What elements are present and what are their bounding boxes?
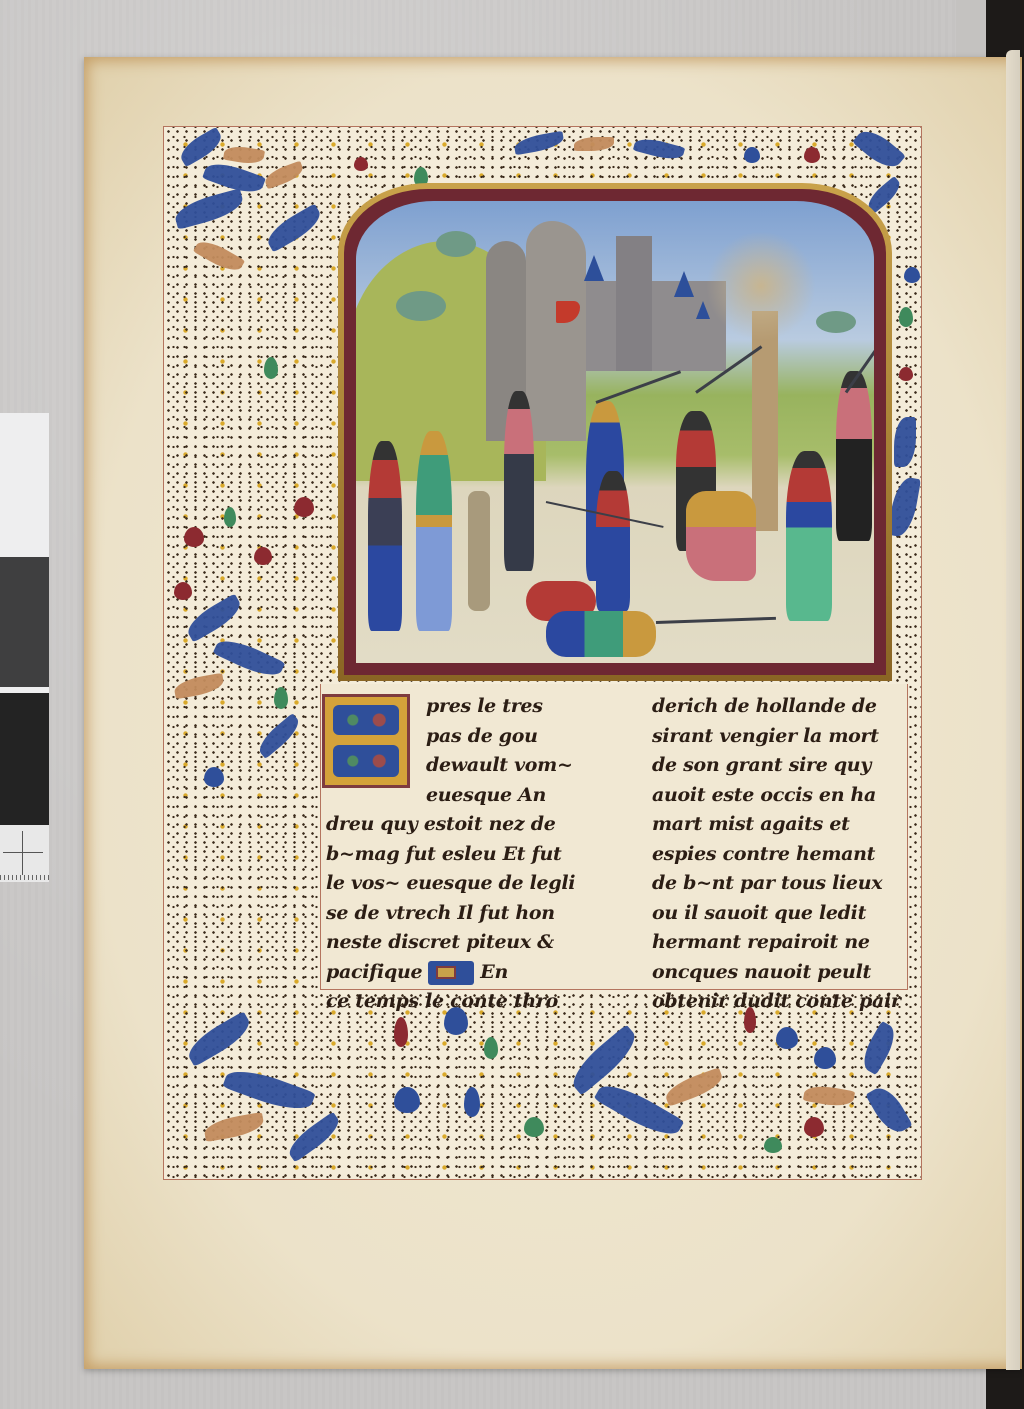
cornflower-icon <box>394 1087 420 1113</box>
text-column-right: derich de hollande de sirant vengier la … <box>652 692 907 1017</box>
text-line: se de vtrech Il fut hon <box>326 899 576 929</box>
miniature-painting <box>356 201 874 663</box>
shield-with-face <box>468 491 490 611</box>
acanthus-leaf-icon <box>857 1021 901 1075</box>
castle <box>586 281 726 371</box>
soldier <box>596 471 630 611</box>
sword-icon <box>656 617 776 624</box>
rose-icon <box>354 157 368 171</box>
berry-icon <box>394 1017 408 1047</box>
berry-icon <box>904 267 920 283</box>
sword-icon <box>595 370 681 404</box>
soldier <box>836 371 872 541</box>
acanthus-leaf-icon <box>193 236 245 277</box>
berry-icon <box>464 1087 480 1117</box>
rose-icon <box>804 1117 824 1137</box>
acanthus-leaf-icon <box>222 1062 315 1117</box>
soldier <box>416 431 452 631</box>
rose-icon <box>184 527 204 547</box>
acanthus-leaf-icon <box>594 1076 685 1144</box>
acanthus-leaf-icon <box>183 1011 256 1067</box>
text-line: mart mist agaits et <box>652 810 907 840</box>
text-fragment: En <box>480 961 508 983</box>
ruler-ticks <box>0 875 49 880</box>
text-line-with-paragraph-mark: pacifiqueEn <box>326 958 576 988</box>
crosshair-icon-h <box>3 852 43 853</box>
leaf-icon <box>764 1137 782 1153</box>
soldier <box>786 451 832 621</box>
soldier-with-banner <box>504 391 534 571</box>
text-line: espies contre hemant <box>652 840 907 870</box>
text-line: derich de hollande de <box>652 692 907 722</box>
acanthus-leaf-icon <box>183 593 246 642</box>
tree-icon <box>436 231 476 257</box>
acanthus-leaf-icon <box>633 135 685 163</box>
leaf-icon <box>484 1037 498 1059</box>
rose-icon <box>804 147 820 163</box>
acanthus-leaf-icon <box>887 475 921 538</box>
soldier <box>368 441 402 631</box>
acanthus-leaf-icon <box>852 124 906 175</box>
text-line: pres le tres <box>326 692 576 722</box>
leaf-icon <box>224 507 236 527</box>
cornflower-icon <box>204 767 224 787</box>
calibration-grey-patch <box>0 557 49 687</box>
miniature-frame-inner <box>344 189 886 675</box>
calibration-black-patch <box>0 693 49 825</box>
text-line: obtenir dudit conte pair <box>652 987 907 1017</box>
text-line: dewault vom~ <box>326 751 576 781</box>
text-line: de b~nt par tous lieux <box>652 869 907 899</box>
acanthus-leaf-icon <box>662 1067 725 1106</box>
acanthus-leaf-icon <box>894 417 916 467</box>
willow-crown <box>706 231 816 341</box>
acanthus-leaf-icon <box>203 1112 266 1142</box>
text-line: sirant vengier la mort <box>652 722 907 752</box>
leaf-icon <box>899 307 913 327</box>
page-gutter-edge <box>1006 50 1020 1370</box>
calibration-scale <box>0 825 49 882</box>
acanthus-leaf-icon <box>213 633 286 683</box>
text-line: auoit este occis en ha <box>652 781 907 811</box>
acanthus-leaf-icon <box>513 131 565 155</box>
calibration-white-patch <box>0 413 49 557</box>
miniature-frame <box>338 183 892 681</box>
spire-icon <box>674 271 694 297</box>
acanthus-leaf-icon <box>254 713 304 759</box>
rose-icon <box>174 582 192 600</box>
tree-icon <box>816 311 856 333</box>
text-line: euesque An <box>326 781 576 811</box>
fallen-soldier <box>546 611 656 657</box>
cliff <box>526 221 586 441</box>
leaf-icon <box>524 1117 544 1137</box>
acanthus-leaf-icon <box>803 1083 855 1109</box>
spire-icon <box>696 301 710 319</box>
rose-icon <box>899 367 913 381</box>
berry-icon <box>744 147 760 163</box>
acanthus-leaf-icon <box>176 127 226 167</box>
paragraph-mark-icon <box>428 961 474 985</box>
leaf-icon <box>264 357 278 379</box>
leaf-icon <box>274 687 288 709</box>
willow-trunk <box>752 311 778 531</box>
acanthus-leaf-icon <box>574 137 614 151</box>
binding-gap <box>956 0 986 58</box>
kneeling-knight <box>686 491 756 581</box>
text-line: de son grant sire quy <box>652 751 907 781</box>
acanthus-leaf-icon <box>565 1024 643 1095</box>
spire-icon <box>584 255 604 281</box>
berry-icon <box>776 1027 798 1049</box>
text-line: b~mag fut esleu Et fut <box>326 840 576 870</box>
berry-icon <box>814 1047 836 1069</box>
text-column-left: pres le tres pas de gou dewault vom~ eue… <box>326 692 576 1017</box>
text-line: le vos~ euesque de legli <box>326 869 576 899</box>
text-line: oncques nauoit peult <box>652 958 907 988</box>
text-line: dreu quy estoit nez de <box>326 810 576 840</box>
acanthus-leaf-icon <box>284 1112 345 1163</box>
text-line: ou il sauoit que ledit <box>652 899 907 929</box>
text-fragment: pacifique <box>326 961 422 983</box>
acanthus-leaf-icon <box>223 144 265 167</box>
text-line: hermant repairoit ne <box>652 928 907 958</box>
acanthus-leaf-icon <box>263 203 326 252</box>
acanthus-leaf-icon <box>865 1082 913 1138</box>
rose-icon <box>254 547 272 565</box>
acanthus-leaf-icon <box>172 188 246 229</box>
text-line: ce temps le conte thro <box>326 987 576 1017</box>
text-line: neste discret piteux & <box>326 928 576 958</box>
tree-icon <box>396 291 446 321</box>
acanthus-leaf-icon <box>262 161 305 190</box>
castle-keep <box>616 236 652 371</box>
rose-icon <box>294 497 314 517</box>
text-line: pas de gou <box>326 722 576 752</box>
acanthus-leaf-icon <box>173 673 225 699</box>
crosshair-icon <box>22 831 23 875</box>
